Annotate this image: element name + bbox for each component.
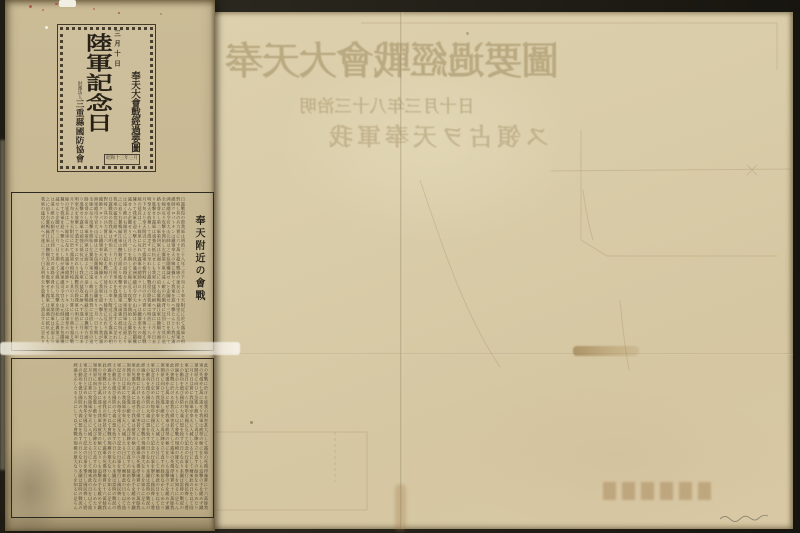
scanned-pamphlet-document: 奉天大會戰經過要圖 明治三十八年三月十日 我軍奉天ヲ占領ス 三月十日 陸軍記念日… — [0, 0, 800, 533]
red-speck — [160, 13, 162, 15]
bleedthrough-caption-occupation: 我軍奉天ヲ占領ス — [325, 117, 549, 152]
imprint-date-label: 昭和十三年三月 — [104, 154, 140, 165]
article-heading: 奉天附近の會戰 — [191, 215, 206, 303]
article-block-upper: 奉天附近の會戰 日露戰役の際我軍は明治三十八年二月下旬より奉天附近に於て露軍と相… — [11, 192, 214, 351]
brown-streak-stain — [395, 484, 406, 532]
vertical-fold-crease — [400, 12, 403, 529]
publisher-name: 三重縣國防協會 — [74, 99, 84, 163]
cover-title-box: 三月十日 陸軍記念日 奉天大會戰經過要圖 財團法人三重縣國防協會 昭和十三年三月 — [57, 24, 156, 172]
pencil-annotation-illegible — [716, 510, 776, 526]
repair-tape-band — [0, 342, 240, 355]
paper-speck — [466, 32, 469, 35]
red-speck — [29, 5, 32, 8]
publisher-prefix: 財團法人 — [77, 81, 82, 99]
paper-speck — [250, 421, 253, 424]
red-speck — [118, 12, 120, 14]
bleedthrough-legend-blocks — [603, 482, 711, 500]
cover-publisher: 財團法人三重縣國防協會 — [70, 81, 89, 163]
article-body-text: 此の會戰に於ける彼我の損害甚大にして露軍の死傷俘虜實に十六萬餘我軍の死傷亦七萬に… — [16, 363, 208, 513]
bleedthrough-map-title: 奉天大會戰經過要圖 — [226, 30, 559, 85]
cover-date-header: 三月十日 — [113, 30, 122, 70]
bleedthrough-caption-date: 明治三十八年三月十日 — [299, 92, 474, 117]
red-speck — [42, 9, 44, 11]
bleedthrough-map-lines — [211, 12, 793, 529]
red-speck — [93, 8, 95, 10]
cover-subtitle: 奉天大會戰經過要圖 — [127, 71, 141, 152]
red-speck — [55, 3, 58, 5]
tape-residue-stain — [573, 346, 639, 356]
paper-chip-small — [45, 26, 48, 29]
map-reverse-page: 奉天大會戰經過要圖 明治三十八年三月十日 我軍奉天ヲ占領ス — [211, 12, 793, 529]
horizontal-fold-crease — [211, 353, 793, 355]
article-block-lower: 此の會戰に於ける彼我の損害甚大にして露軍の死傷俘虜實に十六萬餘我軍の死傷亦七萬に… — [11, 358, 214, 518]
cover-page: 三月十日 陸軍記念日 奉天大會戰經過要圖 財團法人三重縣國防協會 昭和十三年三月… — [5, 0, 215, 531]
article-body-text: 日露戰役の際我軍は明治三十八年二月下旬より奉天附近に於て露軍と相對峙し其の兵力實… — [16, 197, 185, 346]
paper-chip — [59, 0, 76, 7]
